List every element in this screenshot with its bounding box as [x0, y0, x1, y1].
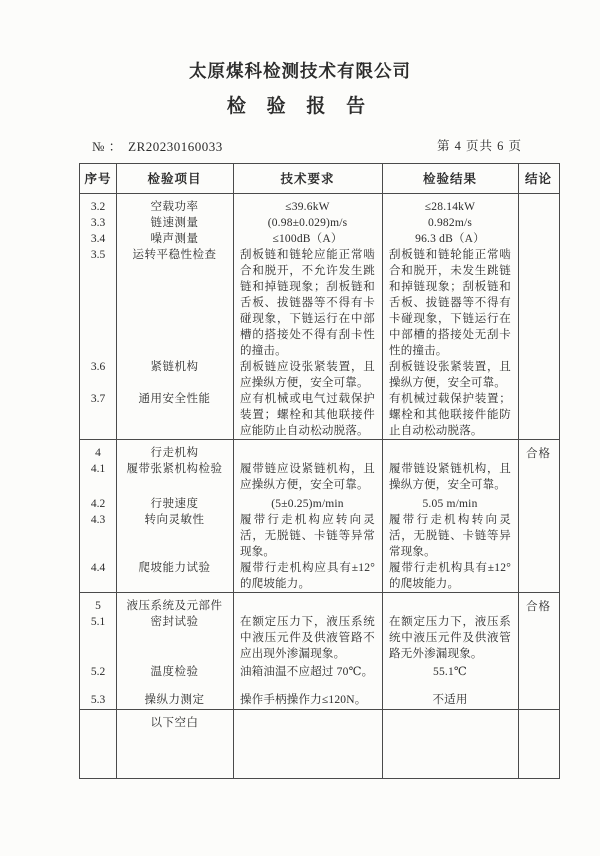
- table-row: 4.2 行驶速度 (5±0.25)m/min 5.05 m/min: [80, 496, 518, 512]
- cell-requirement: 在额定压力下，液压系统中液压元件及供液管路不应出现外渗漏现象。: [233, 614, 382, 662]
- cell-item: 以下空白: [116, 715, 233, 731]
- cell-item: 温度检验: [116, 664, 233, 680]
- cell-result: 有机械过载保护装置；螺栓和其他联接件能防止自动松动脱落。: [382, 391, 518, 439]
- cell-item: 紧链机构: [116, 359, 233, 375]
- cell-requirement: 刮板链和链轮应能正常啮合和脱开，不允许发生跳链和掉链现象；刮板链和舌板、拔链器等…: [233, 247, 382, 359]
- cell-item: 空载功率: [116, 199, 233, 215]
- section-items: 3.2 空载功率 ≤39.6kW ≤28.14kW 3.3 链速测量 (0.98…: [80, 194, 518, 439]
- table-row: 3.4 噪声测量 ≤100dB（A） 96.3 dB（A）: [80, 231, 518, 247]
- table-row: 4.3 转向灵敏性 履带行走机构应转向灵活，无脱链、卡链等异常现象。 履带行走机…: [80, 512, 518, 560]
- cell-no: 3.7: [80, 391, 116, 407]
- table-row: 3.3 链速测量 (0.98±0.029)m/s 0.982m/s: [80, 215, 518, 231]
- table-row: 5.1 密封试验 在额定压力下，液压系统中液压元件及供液管路不应出现外渗漏现象。…: [80, 614, 518, 662]
- column-divider: [518, 164, 519, 778]
- header-no: 序号: [80, 171, 116, 187]
- report-number: № ：ZR20230160033: [92, 136, 223, 155]
- cell-no: 4: [80, 445, 116, 461]
- table-row: 4.4 爬坡能力试验 履带行走机构应具有±12°的爬坡能力。 履带行走机构具有±…: [80, 560, 518, 592]
- cell-result: 在额定压力下，液压系统中液压元件及供液管路无外渗漏现象。: [382, 614, 518, 662]
- table-row: 5 液压系统及元部件: [80, 598, 518, 614]
- cell-result: 0.982m/s: [382, 215, 518, 231]
- table-row: 以下空白: [80, 715, 518, 731]
- cell-requirement: ≤39.6kW: [233, 199, 382, 215]
- cell-item: 行驶速度: [116, 496, 233, 512]
- cell-conclusion: [518, 710, 559, 778]
- cell-conclusion: 合格: [518, 593, 559, 709]
- cell-item: 密封试验: [116, 614, 233, 630]
- meta-row: № ：ZR20230160033 第 4 页共 6 页: [79, 136, 558, 154]
- cell-item: 运转平稳性检查: [116, 247, 233, 263]
- header-result: 检验结果: [382, 171, 518, 187]
- report-number-value: ZR20230160033: [128, 139, 223, 154]
- cell-no: 4.3: [80, 512, 116, 528]
- cell-no: 5.1: [80, 614, 116, 630]
- cell-result: 履带行走机构转向灵活，无脱链、卡链等异常现象。: [382, 512, 518, 560]
- cell-conclusion: [518, 194, 559, 439]
- cell-item: 液压系统及元部件: [116, 598, 233, 614]
- cell-no: 3.6: [80, 359, 116, 375]
- cell-item: 爬坡能力试验: [116, 560, 233, 576]
- table-row: 3.7 通用安全性能 应有机械或电气过载保护装置；螺栓和其他联接件应能防止自动松…: [80, 391, 518, 439]
- column-divider: [116, 164, 117, 778]
- section-items: 5 液压系统及元部件 5.1 密封试验 在额定压力下，液压系统中液压元件及供液管…: [80, 593, 518, 709]
- cell-requirement: 刮板链应设张紧装置，且应操纵方便，安全可靠。: [233, 359, 382, 391]
- cell-result: 履带行走机构具有±12°的爬坡能力。: [382, 560, 518, 592]
- cell-no: 3.3: [80, 215, 116, 231]
- cell-no: 4.2: [80, 496, 116, 512]
- cell-requirement: 应有机械或电气过载保护装置；螺栓和其他联接件应能防止自动松动脱落。: [233, 391, 382, 439]
- column-divider: [233, 164, 234, 778]
- cell-item: 通用安全性能: [116, 391, 233, 407]
- cell-requirement: 履带行走机构应具有±12°的爬坡能力。: [233, 560, 382, 592]
- cell-result: 55.1℃: [382, 664, 518, 680]
- cell-result: ≤28.14kW: [382, 199, 518, 215]
- company-name: 太原煤科检测技术有限公司: [0, 58, 600, 84]
- cell-requirement: 履带链应设紧链机构，且应操纵方便，安全可靠。: [233, 461, 382, 493]
- header-item: 检验项目: [116, 171, 233, 187]
- document-title: 检 验 报 告: [0, 94, 600, 120]
- table-row: 4 行走机构: [80, 445, 518, 461]
- cell-requirement: 履带行走机构应转向灵活，无脱链、卡链等异常现象。: [233, 512, 382, 560]
- section-items: 以下空白: [80, 710, 518, 778]
- header-conclusion: 结论: [518, 171, 559, 187]
- cell-item: 噪声测量: [116, 231, 233, 247]
- cell-item: 行走机构: [116, 445, 233, 461]
- cell-requirement: 油箱油温不应超过 70℃。: [233, 664, 382, 680]
- cell-item: 转向灵敏性: [116, 512, 233, 528]
- cell-result: 5.05 m/min: [382, 496, 518, 512]
- inspection-report-page: { "page": { "company": "太原煤科检测技术有限公司", "…: [0, 0, 600, 856]
- cell-no: 4.1: [80, 461, 116, 477]
- cell-result: 刮板链和链轮能正常啮合和脱开，未发生跳链和掉链现象；刮板链和舌板、拔链器等不得有…: [382, 247, 518, 359]
- table-row: 5.3 操纵力测定 操作手柄操作力≤120N。 不适用: [80, 692, 518, 708]
- cell-result: 刮板链设张紧装置，且操纵方便，安全可靠。: [382, 359, 518, 391]
- table-section-4: 4 行走机构 4.1 履带张紧机构检验 履带链应设紧链机构，且应操纵方便，安全可…: [80, 440, 559, 593]
- cell-no: 5.3: [80, 692, 116, 708]
- cell-result: 不适用: [382, 692, 518, 708]
- table-row: 3.5 运转平稳性检查 刮板链和链轮应能正常啮合和脱开，不允许发生跳链和掉链现象…: [80, 247, 518, 359]
- header-requirement: 技术要求: [233, 171, 382, 187]
- cell-requirement: (5±0.25)m/min: [233, 496, 382, 512]
- table-section-5: 5 液压系统及元部件 5.1 密封试验 在额定压力下，液压系统中液压元件及供液管…: [80, 593, 559, 710]
- table-section-blank: 以下空白: [80, 710, 559, 778]
- cell-conclusion: 合格: [518, 440, 559, 592]
- cell-result: 履带链设紧链机构，且操纵方便，安全可靠。: [382, 461, 518, 493]
- cell-no: 3.5: [80, 247, 116, 263]
- table-row: 3.6 紧链机构 刮板链应设张紧装置，且应操纵方便，安全可靠。 刮板链设张紧装置…: [80, 359, 518, 391]
- table-row: 3.2 空载功率 ≤39.6kW ≤28.14kW: [80, 199, 518, 215]
- cell-no: 4.4: [80, 560, 116, 576]
- column-divider: [382, 164, 383, 778]
- table-row: 5.2 温度检验 油箱油温不应超过 70℃。 55.1℃: [80, 664, 518, 680]
- cell-item: 操纵力测定: [116, 692, 233, 708]
- cell-no: 5.2: [80, 664, 116, 680]
- report-number-label: № ：: [92, 139, 122, 154]
- cell-requirement: 操作手柄操作力≤120N。: [233, 692, 382, 708]
- table-header-row: 序号 检验项目 技术要求 检验结果 结论: [80, 164, 559, 194]
- table-section-3: 3.2 空载功率 ≤39.6kW ≤28.14kW 3.3 链速测量 (0.98…: [80, 194, 559, 440]
- cell-no: 3.4: [80, 231, 116, 247]
- inspection-table: 序号 检验项目 技术要求 检验结果 结论 3.2 空载功率 ≤39.6kW ≤2…: [79, 163, 560, 779]
- cell-item: 履带张紧机构检验: [116, 461, 233, 477]
- cell-item: 链速测量: [116, 215, 233, 231]
- cell-result: 96.3 dB（A）: [382, 231, 518, 247]
- cell-requirement: ≤100dB（A）: [233, 231, 382, 247]
- page-indicator: 第 4 页共 6 页: [437, 136, 522, 154]
- cell-no: 3.2: [80, 199, 116, 215]
- cell-no: 5: [80, 598, 116, 614]
- cell-requirement: (0.98±0.029)m/s: [233, 215, 382, 231]
- table-row: 4.1 履带张紧机构检验 履带链应设紧链机构，且应操纵方便，安全可靠。 履带链设…: [80, 461, 518, 493]
- section-items: 4 行走机构 4.1 履带张紧机构检验 履带链应设紧链机构，且应操纵方便，安全可…: [80, 440, 518, 592]
